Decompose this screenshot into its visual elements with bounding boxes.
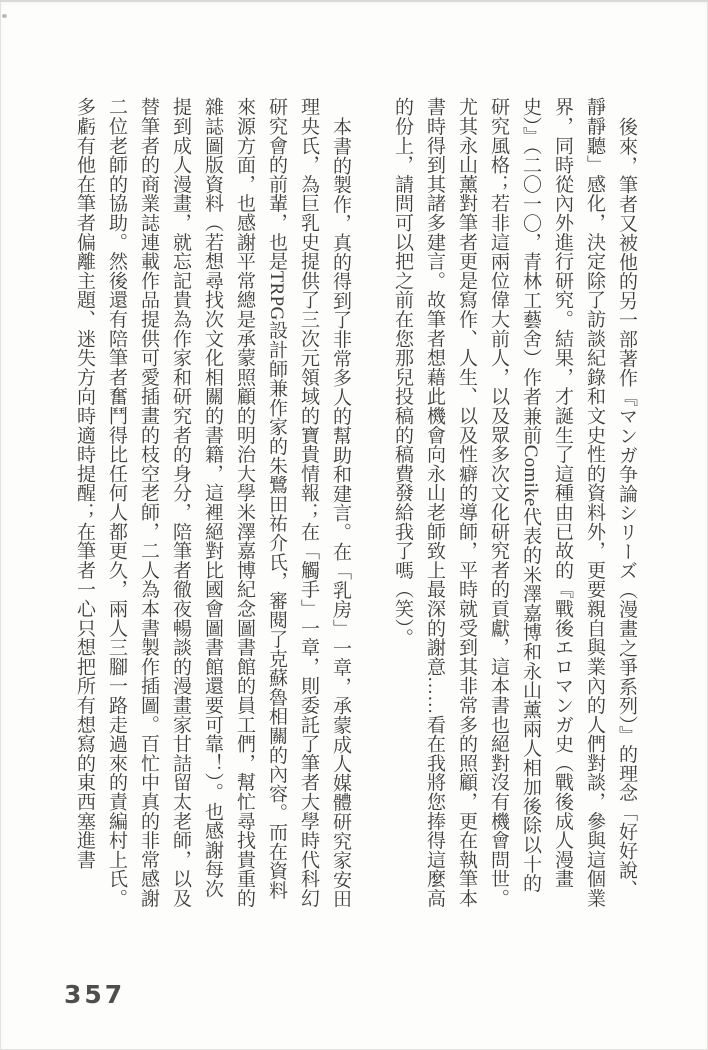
afterword-text-block: 後來，筆者又被他的另一部著作『マンガ争論シリーズ（漫畫之爭系列）』的理念「好好說… — [68, 97, 642, 911]
book-page: 後來，筆者又被他的另一部著作『マンガ争論シリーズ（漫畫之爭系列）』的理念「好好說… — [0, 0, 708, 1050]
page-number: 357 — [64, 980, 125, 1009]
scan-speck-artifact — [2, 14, 7, 18]
paragraph-1: 後來，筆者又被他的另一部著作『マンガ争論シリーズ（漫畫之爭系列）』的理念「好好說… — [386, 97, 642, 911]
scan-edge-artifact — [0, 0, 708, 2]
paragraph-2: 本書的製作，真的得到了非常多人的幫助和建言。在「乳房」一章，承蒙成人媒體研究家安… — [68, 97, 356, 911]
